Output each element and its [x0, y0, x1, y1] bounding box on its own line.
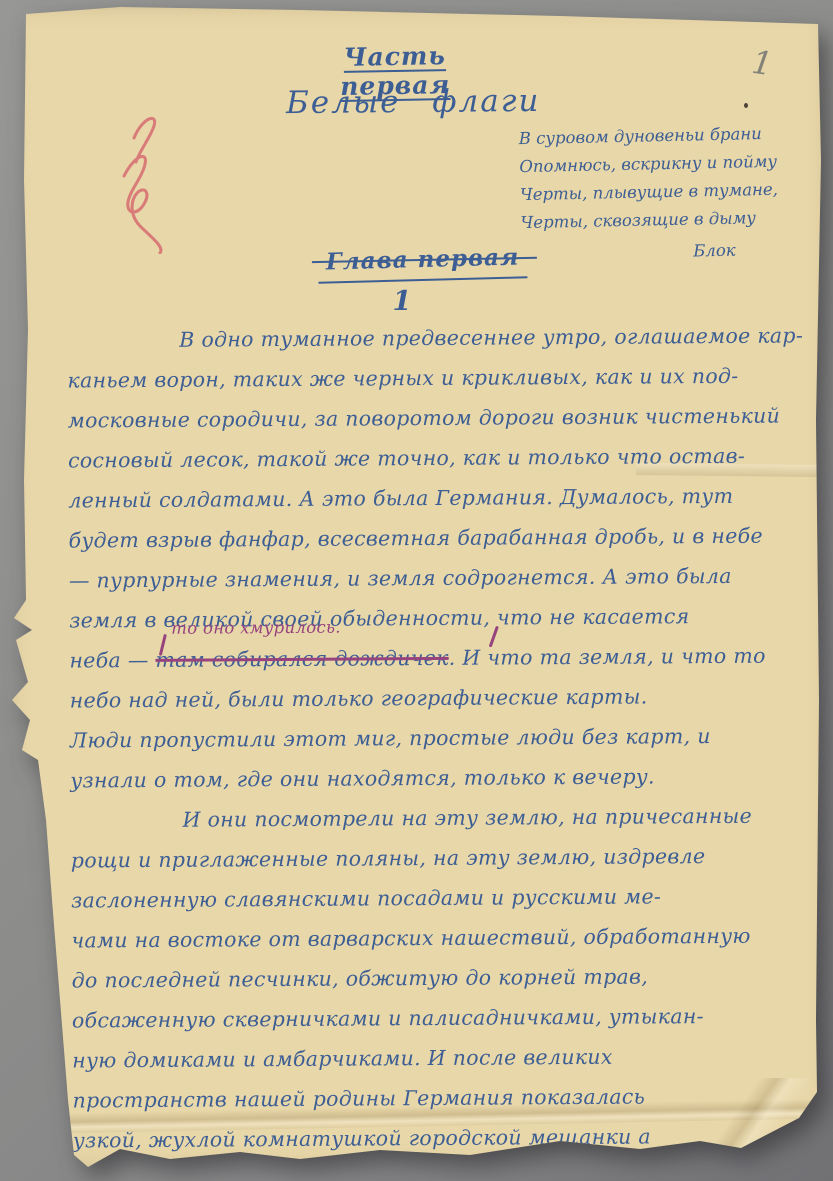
struck-text: там собирался дождичек: [155, 646, 448, 672]
red-pencil-mark-icon: [96, 104, 216, 254]
page-title: Белые флаги: [286, 83, 541, 121]
epigraph: В суровом дуновеньи брани Опомнюсь, вскр…: [519, 119, 822, 269]
manuscript-line: ленный солдатами. А это была Германия. Д…: [68, 475, 788, 520]
manuscript-line: чами на востоке от варварских нашествий,…: [71, 915, 791, 960]
photo-background: 1 Часть первая Белые флаги В суровом дун…: [0, 0, 833, 1181]
manuscript-line: заслоненную славянскими посадами и русск…: [71, 875, 791, 920]
correction-prefix: неба —: [69, 648, 155, 673]
manuscript-line: — пурпурные знамения, и земля содрогнетс…: [69, 555, 789, 600]
manuscript-line: ную домиками и амбарчиками. И после вели…: [72, 1035, 792, 1080]
manuscript-line: узнали о том, где они находятся, только …: [70, 755, 790, 800]
interlinear-insertion: то оно хмурилось.: [171, 618, 341, 639]
ink-speck: [744, 103, 748, 108]
epigraph-attribution: Блок: [693, 235, 822, 266]
paper-sheet: 1 Часть первая Белые флаги В суровом дун…: [0, 0, 833, 1181]
manuscript-line: рощи и приглаженные поляны, на эту землю…: [71, 835, 791, 880]
manuscript-body: В одно туманное предвесеннее утро, оглаш…: [67, 315, 793, 1160]
manuscript-line: сосновый лесок, такой же точно, как и то…: [68, 435, 788, 480]
manuscript-line: будет взрыв фанфар, всесветная барабанна…: [68, 515, 788, 560]
manuscript-line: пространств нашей родины Германия показа…: [72, 1075, 792, 1120]
correction-suffix: . И что та земля, и что то: [449, 644, 766, 670]
manuscript-line: обсаженную скверничками и палисадничками…: [72, 995, 792, 1040]
manuscript-line: до последней песчинки, обжитую до корней…: [72, 955, 792, 1000]
epigraph-line: Черты, сквозящие в дыму: [520, 203, 821, 237]
manuscript-line-with-correction: неба — то оно хмурилось.там собирался до…: [69, 635, 789, 680]
manuscript-line: небо над ней, были только географические…: [70, 675, 790, 720]
page-number: 1: [749, 43, 774, 83]
manuscript-line: Люди пропустили этот миг, простые люди б…: [70, 715, 790, 760]
crossed-out-phrase: то оно хмурилось.там собирался дождичек: [155, 638, 449, 680]
manuscript-line: каньем ворон, таких же черных и крикливы…: [67, 355, 787, 400]
manuscript-line: узкой, жухлой комнатушкой городской меща…: [73, 1115, 793, 1160]
manuscript-line: И они посмотрели на эту землю, на причес…: [70, 795, 790, 840]
manuscript-page: 1 Часть первая Белые флаги В суровом дун…: [0, 0, 833, 1181]
section-number: 1: [382, 286, 422, 317]
manuscript-line: московные сородичи, за поворотом дороги …: [68, 395, 788, 440]
chapter-heading-crossed-out: Глава первая: [318, 243, 528, 283]
manuscript-line: В одно туманное предвесеннее утро, оглаш…: [67, 315, 787, 360]
